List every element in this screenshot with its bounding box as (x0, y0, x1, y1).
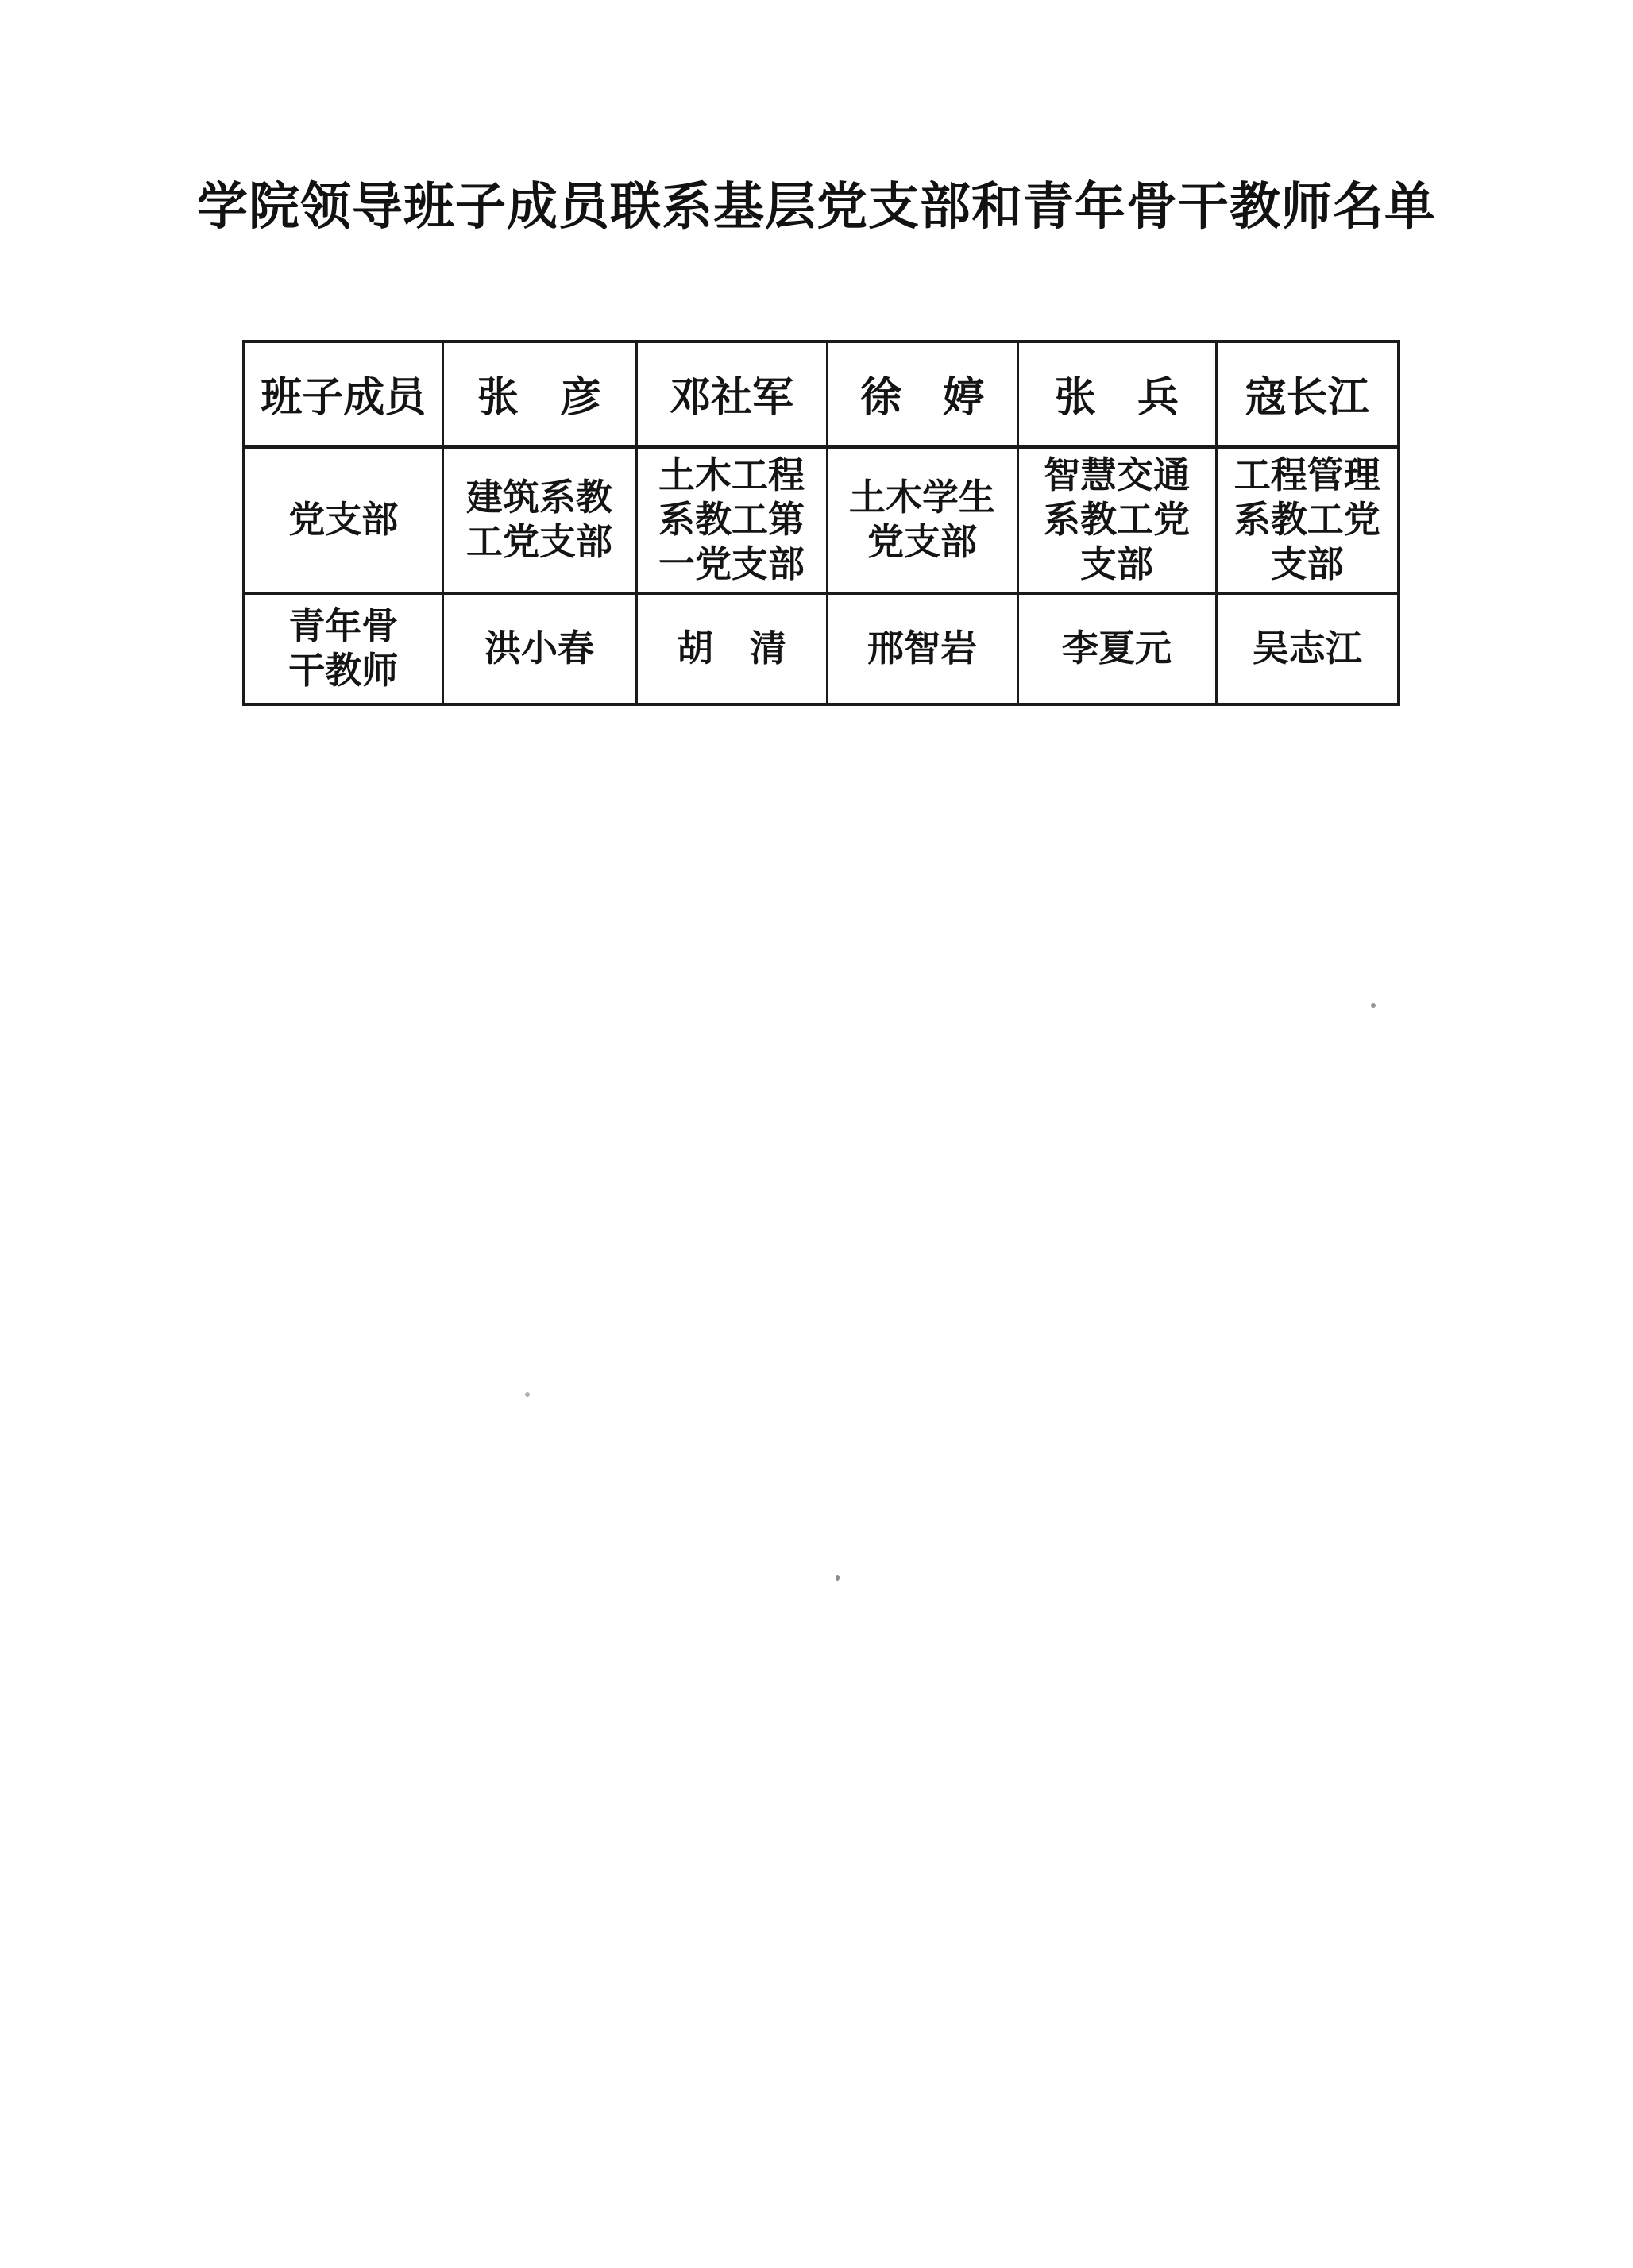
party-branch-cell: 土木学生 党支部 (827, 446, 1017, 593)
scanned-document-page: 学院领导班子成员联系基层党支部和青年骨干教师名单 班子成员 张 彦 邓社军 徐 … (0, 0, 1633, 2268)
young-teacher-cell: 胡 清 (636, 593, 827, 704)
party-branch-row: 党支部 建筑系教 工党支部 土木工程 系教工第 一党支部 土木学生 党支部 智慧… (244, 446, 1399, 593)
scan-speck (836, 1575, 840, 1581)
young-teacher-cell: 吴志江 (1216, 593, 1399, 704)
young-teacher-cell: 李夏元 (1017, 593, 1216, 704)
row-label-party-branch: 党支部 (244, 446, 442, 593)
table-header-row: 班子成员 张 彦 邓社军 徐 婷 张 兵 寇长江 (244, 341, 1399, 446)
contact-list-table: 班子成员 张 彦 邓社军 徐 婷 张 兵 寇长江 党支部 建筑系教 工党支部 土… (242, 340, 1400, 706)
young-teacher-cell: 洪小春 (442, 593, 636, 704)
young-teacher-cell: 邢智岩 (827, 593, 1017, 704)
scan-speck (1371, 1003, 1376, 1008)
header-cell-member-4: 张 兵 (1017, 341, 1216, 446)
party-branch-cell: 工程管理 系教工党 支部 (1216, 446, 1399, 593)
party-branch-cell: 建筑系教 工党支部 (442, 446, 636, 593)
header-cell-member-5: 寇长江 (1216, 341, 1399, 446)
document-title: 学院领导班子成员联系基层党支部和青年骨干教师名单 (0, 181, 1633, 234)
young-teachers-row: 青年骨 干教师 洪小春 胡 清 邢智岩 李夏元 吴志江 (244, 593, 1399, 704)
header-cell-member-2: 邓社军 (636, 341, 827, 446)
header-cell-member-1: 张 彦 (442, 341, 636, 446)
party-branch-cell: 土木工程 系教工第 一党支部 (636, 446, 827, 593)
party-branch-cell: 智慧交通 系教工党 支部 (1017, 446, 1216, 593)
header-cell-team-members: 班子成员 (244, 341, 442, 446)
scan-speck (525, 1392, 530, 1397)
row-label-young-teachers: 青年骨 干教师 (244, 593, 442, 704)
header-cell-member-3: 徐 婷 (827, 341, 1017, 446)
